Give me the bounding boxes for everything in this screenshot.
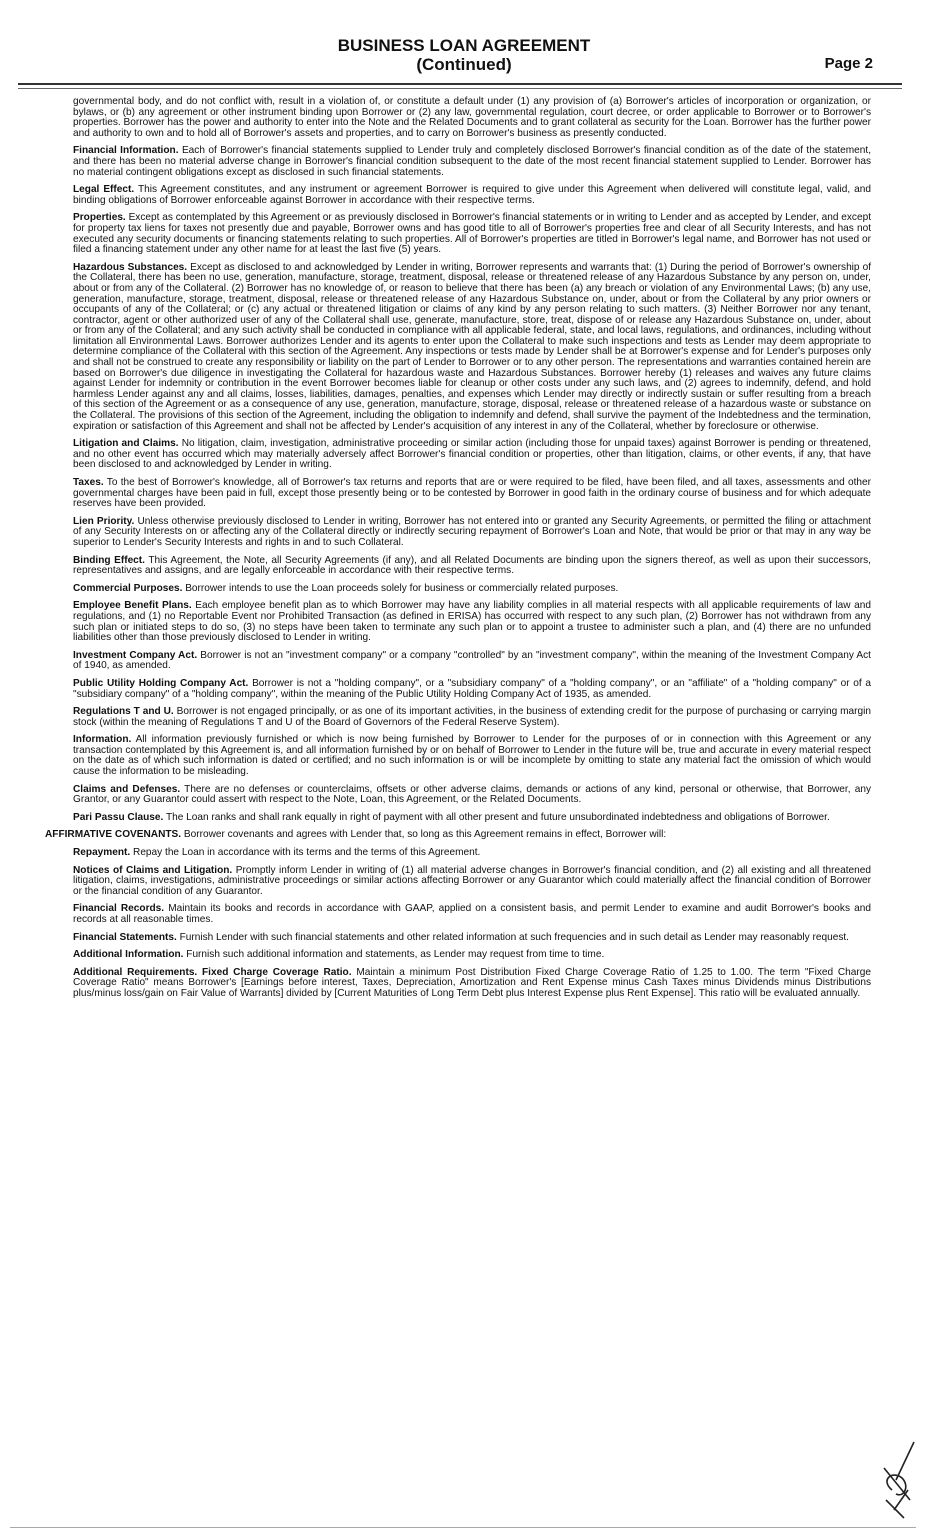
covenant-notices: Notices of Claims and Litigation. Prompt… — [73, 866, 871, 898]
paragraph-heading: Litigation and Claims. — [73, 438, 179, 449]
paragraph-investment-company-act: Investment Company Act. Borrower is not … — [73, 651, 871, 672]
page-number: Page 2 — [825, 55, 873, 72]
paragraph-heading: Hazardous Substances. — [73, 262, 187, 273]
covenant-financial-records: Financial Records. Maintain its books an… — [73, 904, 871, 925]
paragraph-heading: Public Utility Holding Company Act. — [73, 678, 248, 689]
covenant-additional-information: Additional Information. Furnish such add… — [73, 950, 871, 961]
paragraph-heading: Financial Statements. — [73, 932, 177, 943]
paragraph-information: Information. All information previously … — [73, 735, 871, 777]
paragraph-hazardous-substances: Hazardous Substances. Except as disclose… — [73, 263, 871, 433]
document-header: BUSINESS LOAN AGREEMENT (Continued) Page… — [0, 32, 928, 84]
paragraph-regulations-t-u: Regulations T and U. Borrower is not eng… — [73, 707, 871, 728]
paragraph-heading: Investment Company Act. — [73, 650, 197, 661]
handwritten-initials-icon — [874, 1440, 924, 1520]
section-affirmative-covenants: AFFIRMATIVE COVENANTS. Borrower covenant… — [45, 830, 871, 841]
header-rule-thin — [18, 88, 902, 89]
paragraph-heading: Commercial Purposes. — [73, 583, 182, 594]
paragraph-heading: Claims and Defenses. — [73, 784, 180, 795]
paragraph-heading: Repayment. — [73, 847, 130, 858]
paragraph-heading: Additional Information. — [73, 949, 183, 960]
paragraph-heading: Legal Effect. — [73, 184, 134, 195]
paragraph-taxes: Taxes. To the best of Borrower's knowled… — [73, 478, 871, 510]
paragraph-heading: Information. — [73, 734, 131, 745]
paragraph-heading: Notices of Claims and Litigation. — [73, 865, 232, 876]
paragraph-legal-effect: Legal Effect. This Agreement constitutes… — [73, 185, 871, 206]
paragraph-lien-priority: Lien Priority. Unless otherwise previous… — [73, 517, 871, 549]
paragraph-binding-effect: Binding Effect. This Agreement, the Note… — [73, 556, 871, 577]
paragraph-heading: Regulations T and U. — [73, 706, 174, 717]
paragraph-heading: Properties. — [73, 212, 126, 223]
paragraph-heading: Financial Information. — [73, 145, 179, 156]
paragraph-heading: Pari Passu Clause. — [73, 812, 163, 823]
document-title: BUSINESS LOAN AGREEMENT — [0, 36, 928, 55]
paragraph-employee-benefit-plans: Employee Benefit Plans. Each employee be… — [73, 601, 871, 643]
paragraph-heading: Financial Records. — [73, 903, 164, 914]
paragraph-claims-defenses: Claims and Defenses. There are no defens… — [73, 785, 871, 806]
paragraph-commercial-purposes: Commercial Purposes. Borrower intends to… — [73, 584, 871, 595]
covenant-additional-requirements: Additional Requirements. Fixed Charge Co… — [73, 968, 871, 1000]
paragraph-heading: Employee Benefit Plans. — [73, 600, 192, 611]
paragraph-heading: Lien Priority. — [73, 516, 134, 527]
paragraph-financial-information: Financial Information. Each of Borrower'… — [73, 146, 871, 178]
document-body: governmental body, and do not conflict w… — [73, 97, 871, 1007]
header-rule — [18, 83, 902, 85]
paragraph-heading: Additional Requirements. Fixed Charge Co… — [73, 967, 352, 978]
covenant-financial-statements: Financial Statements. Furnish Lender wit… — [73, 933, 871, 944]
covenant-repayment: Repayment. Repay the Loan in accordance … — [73, 848, 871, 859]
paragraph-continuation: governmental body, and do not conflict w… — [73, 97, 871, 139]
section-heading: AFFIRMATIVE COVENANTS. — [45, 829, 181, 840]
footer-rule — [10, 1527, 916, 1528]
paragraph-public-utility: Public Utility Holding Company Act. Borr… — [73, 679, 871, 700]
document-subtitle: (Continued) — [0, 55, 928, 74]
paragraph-heading: Binding Effect. — [73, 555, 145, 566]
paragraph-heading: Taxes. — [73, 477, 104, 488]
paragraph-pari-passu: Pari Passu Clause. The Loan ranks and sh… — [73, 813, 871, 824]
paragraph-litigation-claims: Litigation and Claims. No litigation, cl… — [73, 439, 871, 471]
paragraph-properties: Properties. Except as contemplated by th… — [73, 213, 871, 255]
